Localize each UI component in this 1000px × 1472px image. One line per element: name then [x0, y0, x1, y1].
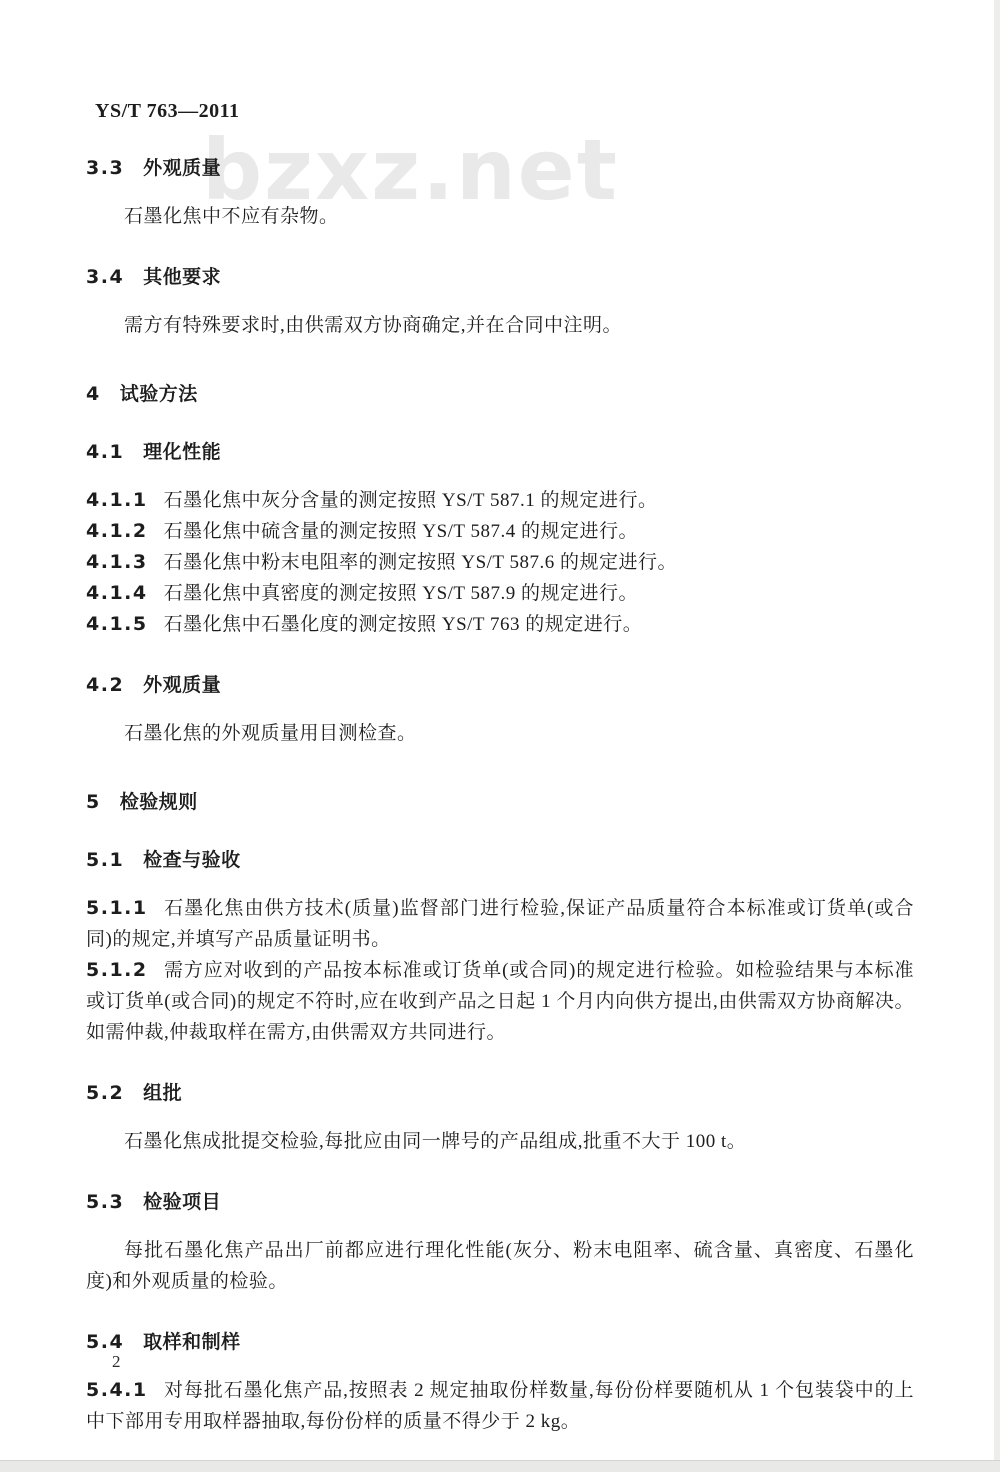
section-heading: 5.4取样和制样: [86, 1329, 914, 1355]
paragraph: 每批石墨化焦产品出厂前都应进行理化性能(灰分、粉末电阻率、硫含量、真密度、石墨化…: [86, 1235, 914, 1297]
clause-number: 5.1.1: [86, 897, 148, 919]
section-heading: 5.2组批: [86, 1080, 914, 1106]
page-content: YS/T 763—2011 3.3外观质量石墨化焦中不应有杂物。3.4其他要求需…: [0, 0, 1000, 1437]
section-heading: 3.3外观质量: [86, 155, 914, 181]
numbered-clause: 4.1.3石墨化焦中粉末电阻率的测定按照 YS/T 587.6 的规定进行。: [86, 547, 914, 578]
document-page: bzxz.net YS/T 763—2011 3.3外观质量石墨化焦中不应有杂物…: [0, 0, 1000, 1472]
clause-number: 4.1.2: [86, 520, 148, 542]
page-number: 2: [112, 1352, 121, 1372]
paragraph: 石墨化焦中不应有杂物。: [86, 201, 914, 232]
numbered-clause: 4.1.4石墨化焦中真密度的测定按照 YS/T 587.9 的规定进行。: [86, 578, 914, 609]
section-number: 5.1: [86, 849, 124, 871]
clause-text: 石墨化焦中硫含量的测定按照 YS/T 587.4 的规定进行。: [164, 521, 638, 542]
numbered-clause: 4.1.1石墨化焦中灰分含量的测定按照 YS/T 587.1 的规定进行。: [86, 485, 914, 516]
section-number: 4: [86, 383, 101, 405]
section-heading: 3.4其他要求: [86, 264, 914, 290]
section-number: 5.4: [86, 1331, 124, 1353]
section-number: 4.2: [86, 674, 124, 696]
page-bottom-bar: [0, 1460, 1000, 1472]
section-number: 5.2: [86, 1082, 124, 1104]
section-title: 组批: [143, 1082, 182, 1104]
section-number: 3.4: [86, 266, 124, 288]
clause-number: 4.1.5: [86, 613, 148, 635]
section-heading: 4.2外观质量: [86, 672, 914, 698]
section-title: 检查与验收: [143, 849, 241, 871]
clause-text: 石墨化焦中石墨化度的测定按照 YS/T 763 的规定进行。: [164, 614, 643, 635]
section-number: 4.1: [86, 441, 124, 463]
section-heading: 4.1理化性能: [86, 439, 914, 465]
paragraph: 石墨化焦的外观质量用目测检查。: [86, 718, 914, 749]
clause-text: 石墨化焦中灰分含量的测定按照 YS/T 587.1 的规定进行。: [164, 490, 658, 511]
section-title: 检验项目: [143, 1191, 221, 1213]
clause-text: 需方应对收到的产品按本标准或订货单(或合同)的规定进行检验。如检验结果与本标准或…: [86, 960, 914, 1043]
section-number: 5.3: [86, 1191, 124, 1213]
clause-number: 5.4.1: [86, 1379, 148, 1401]
clause-text: 对每批石墨化焦产品,按照表 2 规定抽取份样数量,每份份样要随机从 1 个包装袋…: [86, 1380, 914, 1432]
section-title: 理化性能: [143, 441, 221, 463]
chapter-heading: 4试验方法: [86, 381, 914, 407]
section-title: 外观质量: [143, 674, 221, 696]
section-heading: 5.3检验项目: [86, 1189, 914, 1215]
clause-text: 石墨化焦由供方技术(质量)监督部门进行检验,保证产品质量符合本标准或订货单(或合…: [86, 898, 914, 950]
paragraph: 石墨化焦成批提交检验,每批应由同一牌号的产品组成,批重不大于 100 t。: [86, 1126, 914, 1157]
section-number: 5: [86, 791, 101, 813]
section-heading: 5.1检查与验收: [86, 847, 914, 873]
clause-number: 4.1.1: [86, 489, 148, 511]
numbered-clause: 5.4.1对每批石墨化焦产品,按照表 2 规定抽取份样数量,每份份样要随机从 1…: [86, 1375, 914, 1437]
standard-number-header: YS/T 763—2011: [95, 100, 914, 123]
section-title: 检验规则: [120, 791, 198, 813]
clause-text: 石墨化焦中真密度的测定按照 YS/T 587.9 的规定进行。: [164, 583, 638, 604]
clause-number: 4.1.4: [86, 582, 148, 604]
clause-number: 4.1.3: [86, 551, 148, 573]
section-title: 其他要求: [143, 266, 221, 288]
numbered-clause: 4.1.5石墨化焦中石墨化度的测定按照 YS/T 763 的规定进行。: [86, 609, 914, 640]
document-body: 3.3外观质量石墨化焦中不应有杂物。3.4其他要求需方有特殊要求时,由供需双方协…: [86, 155, 914, 1437]
section-title: 试验方法: [120, 383, 198, 405]
clause-number: 5.1.2: [86, 959, 148, 981]
chapter-heading: 5检验规则: [86, 789, 914, 815]
section-title: 取样和制样: [143, 1331, 241, 1353]
paragraph: 需方有特殊要求时,由供需双方协商确定,并在合同中注明。: [86, 310, 914, 341]
numbered-clause: 5.1.2需方应对收到的产品按本标准或订货单(或合同)的规定进行检验。如检验结果…: [86, 955, 914, 1048]
numbered-clause: 4.1.2石墨化焦中硫含量的测定按照 YS/T 587.4 的规定进行。: [86, 516, 914, 547]
section-number: 3.3: [86, 157, 124, 179]
clause-text: 石墨化焦中粉末电阻率的测定按照 YS/T 587.6 的规定进行。: [164, 552, 677, 573]
numbered-clause: 5.1.1石墨化焦由供方技术(质量)监督部门进行检验,保证产品质量符合本标准或订…: [86, 893, 914, 955]
section-title: 外观质量: [143, 157, 221, 179]
